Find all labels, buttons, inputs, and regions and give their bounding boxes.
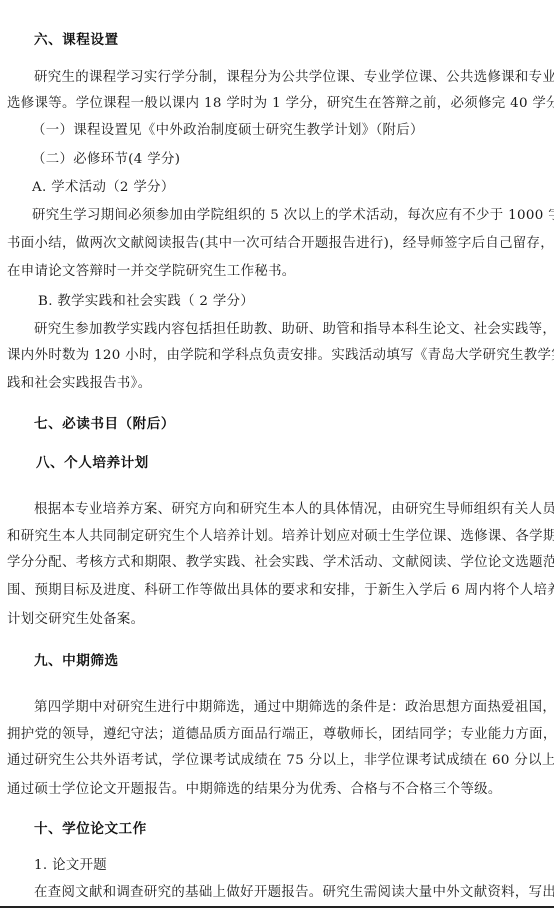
section-heading-6: 六、课程设置 bbox=[34, 32, 119, 48]
paragraph-line: 和研究生本人共同制定研究生个人培养计划。培养计划应对硕士生学位课、选修课、各学期 bbox=[7, 529, 554, 545]
paragraph-line: 在申请论文答辩时一并交学院研究生工作秘书。 bbox=[7, 264, 296, 280]
paragraph-line: 研究生参加教学实践内容包括担任助教、助研、助管和指导本科生论文、社会实践等， bbox=[34, 322, 554, 338]
section-heading-9: 九、中期筛选 bbox=[34, 653, 119, 669]
section-heading-8: 八、个人培养计划 bbox=[36, 455, 149, 471]
paragraph-line: 在查阅文献和调查研究的基础上做好开题报告。研究生需阅读大量中外文献资料，写出 bbox=[34, 885, 554, 901]
paragraph-line: 书面小结，做两次文献阅读报告(其中一次可结合开题报告进行)，经导师签字后自己留存… bbox=[7, 236, 554, 252]
section-heading-10: 十、学位论文工作 bbox=[34, 821, 147, 837]
paragraph-line: 通过研究生公共外语考试，学位课考试成绩在 75 分以上，非学位课考试成绩在 60… bbox=[7, 753, 554, 769]
section-heading-7: 七、必读书目（附后） bbox=[34, 416, 175, 432]
paragraph-line: 根据本专业培养方案、研究方向和研究生本人的具体情况，由研究生导师组织有关人员 bbox=[34, 502, 554, 518]
subsection-title-1: 1. 论文开题 bbox=[34, 858, 107, 874]
subsection-title-a: A. 学术活动（2 学分） bbox=[32, 180, 175, 196]
paragraph-line: 学分分配、考核方式和期限、教学实践、社会实践、学术活动、文献阅读、学位论文选题范 bbox=[7, 555, 554, 571]
paragraph-line: 践和社会实践报告书》。 bbox=[7, 376, 151, 392]
paragraph-line: 拥护党的领导，遵纪守法；道德品质方面品行端正，尊敬师长，团结同学；专业能力方面， bbox=[7, 727, 554, 743]
paragraph-line: 课内外时数为 120 小时，由学院和学科点负责安排。实践活动填写《青岛大学研究生… bbox=[7, 348, 554, 364]
paragraph-line: 通过硕士学位论文开题报告。中期筛选的结果分为优秀、合格与不合格三个等级。 bbox=[7, 782, 502, 798]
subsection-title-b: B. 教学实践和社会实践（ 2 学分） bbox=[38, 294, 254, 310]
list-item: （一）课程设置见《中外政治制度硕士研究生教学计划》（附后） bbox=[32, 123, 424, 139]
paragraph-line: 研究生学习期间必须参加由学院组织的 5 次以上的学术活动，每次应有不少于 100… bbox=[32, 208, 554, 224]
list-item: （二）必修环节(4 学分) bbox=[32, 152, 180, 168]
paragraph-line: 选修课等。学位课程一般以课内 18 学时为 1 学分，研究生在答辩之前，必须修完… bbox=[7, 96, 554, 112]
paragraph-line: 围、预期目标及进度、科研工作等做出具体的要求和安排，于新生入学后 6 周内将个人… bbox=[7, 583, 554, 599]
paragraph-line: 研究生的课程学习实行学分制，课程分为公共学位课、专业学位课、公共选修课和专业 bbox=[34, 70, 554, 86]
paragraph-line: 计划交研究生处备案。 bbox=[7, 612, 144, 628]
paragraph-line: 第四学期中对研究生进行中期筛选，通过中期筛选的条件是：政治思想方面热爱祖国， bbox=[34, 700, 554, 716]
